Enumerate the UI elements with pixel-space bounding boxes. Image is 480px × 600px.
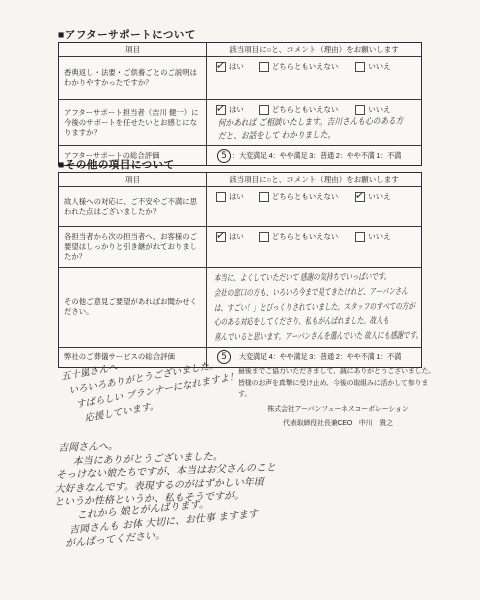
answer-cell: 本当に、よくしていただいて 感謝の気持ちでいっぱいです。 会社の窓口の方も、いろ… <box>207 268 421 347</box>
checkbox-label: いいえ <box>368 231 390 242</box>
answer-cell: はい どちらともいえない いいえ 何かあれば ご相談いたします。吉川さんも心のあ… <box>207 100 421 145</box>
answer-cell: はい どちらともいえない いいえ <box>207 57 421 99</box>
table-row: その他ご意見ご要望があればお聞かせください。 本当に、よくしていただいて 感謝の… <box>59 267 421 347</box>
checkbox-icon <box>355 232 365 242</box>
table-header-row: 項目 該当項目に○と、コメント（理由）をお願いします <box>59 173 421 186</box>
closing-message: 最後までご協力いただきまして、誠にありがとうございました。 皆様のお声を真摯に受… <box>238 366 438 430</box>
checkbox-option-yes[interactable]: はい <box>216 104 244 115</box>
question-cell: 香典返し・法要・ご供養ごとのご説明はわかりやすかったですか？ <box>59 57 207 99</box>
handwritten-letter: 吉岡さんへ。 本当にありがとうございました。 そっけない娘たちですが、本当はお父… <box>58 434 279 551</box>
table-row: 各担当者から次の担当者へ、お客様のご要望はしっかりと引き継がれておりましたか？ … <box>59 226 421 267</box>
checkbox-icon <box>259 232 269 242</box>
checkbox-group: はい どちらともいえない いいえ <box>211 228 417 242</box>
checkbox-icon <box>355 62 365 72</box>
handwritten-comment-line: 本当に、よくしていただいて 感謝の気持ちでいっぱいです。 <box>214 270 419 287</box>
other-items-table: 項目 該当項目に○と、コメント（理由）をお願いします 故人様への対応に、ご不安や… <box>58 172 422 368</box>
table-header-row: 項目 該当項目に○と、コメント（理由）をお願いします <box>59 43 421 56</box>
checkbox-label: どちらともいえない <box>272 231 339 242</box>
column-header-instruction: 該当項目に○と、コメント（理由）をお願いします <box>207 43 421 56</box>
checkbox-option-yes[interactable]: はい <box>216 231 244 242</box>
section-title-after-support: ■アフターサポートについて <box>58 27 196 42</box>
checkbox-label: どちらともいえない <box>272 61 339 72</box>
column-header-item: 項目 <box>59 43 207 56</box>
checkbox-label: いいえ <box>368 191 390 202</box>
company-name: 株式会社アーバンフューネスコーポレーション <box>238 404 438 416</box>
handwritten-comment-line: 何かあれば ご相談いたします。吉川さんも心のある方 <box>218 115 421 131</box>
handwritten-comment: 何かあれば ご相談いたします。吉川さんも心のある方 だと、お話をして わかりまし… <box>211 112 421 144</box>
checkbox-icon <box>216 105 226 115</box>
answer-cell: はい どちらともいえない いいえ <box>207 187 421 226</box>
column-header-item: 項目 <box>59 173 207 186</box>
handwritten-comment-line: 喜んでいると思います。アーバンさんを選んでいた 故人にも感謝です。 <box>214 329 419 346</box>
rating-scale-text: ：大変満足 4：やや満足 3：普通 2：やや不満 1：不満 <box>232 151 401 161</box>
rating-scale: 5 ：大変満足 4：やや満足 3：普通 2：やや不満 1：不満 <box>211 149 417 163</box>
question-cell: 各担当者から次の担当者へ、お客様のご要望はしっかりと引き継がれておりましたか？ <box>59 227 207 267</box>
answer-cell: はい どちらともいえない いいえ <box>207 227 421 267</box>
checkbox-icon <box>216 232 226 242</box>
after-support-table: 項目 該当項目に○と、コメント（理由）をお願いします 香典返し・法要・ご供養ごと… <box>58 42 422 166</box>
checkbox-icon <box>216 62 226 72</box>
rating-scale-text: 大変満足 4：やや満足 3：普通 2：やや不満 1：不満 <box>232 352 401 362</box>
checkbox-option-neutral[interactable]: どちらともいえない <box>259 231 339 242</box>
question-cell: アフターサポート担当者（吉川 健一）に今後のサポートを任せたいとお感じになります… <box>59 100 207 145</box>
handwritten-comment: 本当に、よくしていただいて 感謝の気持ちでいっぱいです。 会社の窓口の方も、いろ… <box>211 268 419 346</box>
table-row: 故人様への対応に、ご不安やご不満に思われた点はございましたか？ はい どちらとも… <box>59 186 421 226</box>
closing-line: 皆様のお声を真摯に受け止め、今後の取組みに活かして参ります。 <box>238 378 438 401</box>
checkbox-icon <box>259 62 269 72</box>
checkbox-group: はい どちらともいえない いいえ <box>211 58 417 72</box>
checkbox-option-neutral[interactable]: どちらともいえない <box>259 61 339 72</box>
checkbox-icon <box>216 192 226 202</box>
checkbox-label: はい <box>229 191 244 202</box>
question-cell: その他ご意見ご要望があればお聞かせください。 <box>59 268 207 347</box>
section-title-other-items: ■その他の項目について <box>58 157 175 172</box>
checkbox-icon <box>259 105 269 115</box>
handwritten-comment-line: だと、お話をして わかりました。 <box>218 128 421 144</box>
question-cell: 故人様への対応に、ご不安やご不満に思われた点はございましたか？ <box>59 187 207 226</box>
ceo-name: 代表取締役社長兼CEO 中川 貴之 <box>238 418 438 430</box>
checkbox-option-no[interactable]: いいえ <box>355 191 390 202</box>
checkbox-label: はい <box>229 231 244 242</box>
circled-rating-value[interactable]: 5 <box>217 149 231 163</box>
checkbox-group: はい どちらともいえない いいえ <box>211 188 417 202</box>
closing-line: 最後までご協力いただきまして、誠にありがとうございました。 <box>238 366 438 378</box>
checkbox-icon <box>259 192 269 202</box>
checkbox-option-no[interactable]: いいえ <box>355 231 390 242</box>
handwritten-comment-line: 会社の窓口の方も、いろいろ今まで見てきたけれど、アーバンさん <box>214 285 419 302</box>
checkbox-label: はい <box>229 61 244 72</box>
checkbox-label: はい <box>229 104 244 115</box>
checkbox-option-neutral[interactable]: どちらともいえない <box>259 191 339 202</box>
checkbox-label: どちらともいえない <box>272 191 339 202</box>
rating-scale: 5 大変満足 4：やや満足 3：普通 2：やや不満 1：不満 <box>211 350 417 364</box>
table-row: 香典返し・法要・ご供養ごとのご説明はわかりやすかったですか？ はい どちらともい… <box>59 56 421 99</box>
table-row: アフターサポート担当者（吉川 健一）に今後のサポートを任せたいとお感じになります… <box>59 99 421 145</box>
checkbox-icon <box>355 192 365 202</box>
scanned-survey-page: ■アフターサポートについて 項目 該当項目に○と、コメント（理由）をお願いします… <box>0 0 480 600</box>
checkbox-label: いいえ <box>368 61 390 72</box>
checkbox-option-no[interactable]: いいえ <box>355 61 390 72</box>
column-header-instruction: 該当項目に○と、コメント（理由）をお願いします <box>207 173 421 186</box>
checkbox-option-yes[interactable]: はい <box>216 61 244 72</box>
checkbox-option-yes[interactable]: はい <box>216 191 244 202</box>
